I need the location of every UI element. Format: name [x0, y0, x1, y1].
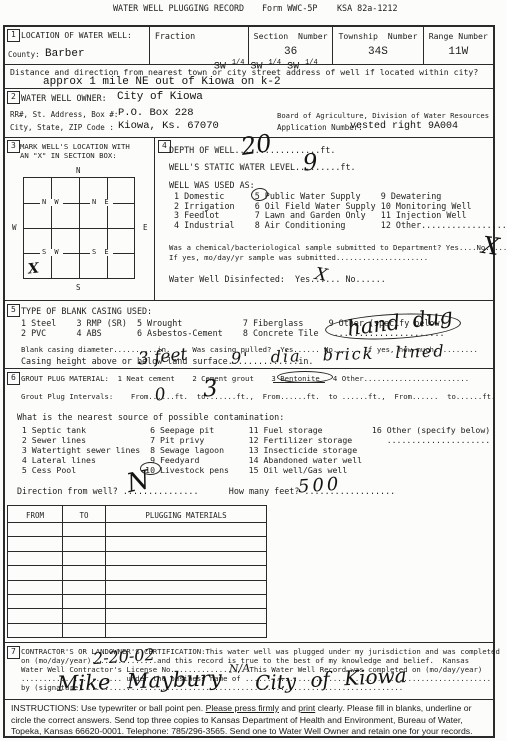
if-yes-sample-line: If yes, mo/day/yr sample was submitted..…: [169, 254, 428, 261]
used-as-options-row1: 1 Domestic 5 Public Water Supply 9 Dewat…: [169, 192, 441, 200]
form-border: 1 LOCATION OF WATER WELL: County: Barber…: [3, 25, 495, 738]
grid-west-label: W: [12, 224, 17, 232]
handwritten-interval-from: 0: [154, 386, 167, 404]
handwritten-sample-no-x: X: [480, 233, 500, 259]
table-cell-empty: [8, 566, 62, 579]
static-water-level-line: WELL'S STATIC WATER LEVEL.........ft.: [169, 163, 356, 171]
section3-number-box: 3: [7, 140, 20, 153]
section-number-value: 36: [249, 46, 332, 58]
county-value: Barber: [45, 48, 85, 60]
table-col-materials: PLUGGING MATERIALS: [105, 506, 266, 522]
table-cell-empty: [105, 624, 266, 638]
handwritten-interval-to: 3: [202, 377, 219, 401]
handwritten-static-level-value: 9: [302, 151, 319, 175]
table-col-to: TO: [62, 506, 105, 522]
table-cell-empty: [62, 581, 105, 594]
city-state-zip-value: Kiowa, Ks. 67070: [118, 120, 219, 132]
section5-casing: 5 TYPE OF BLANK CASING USED: 1 Steel 3 R…: [5, 300, 493, 368]
section5-title: TYPE OF BLANK CASING USED:: [21, 307, 152, 315]
section3-title-line1: MARK WELL'S LOCATION WITH: [20, 143, 130, 150]
page-header: WATER WELL PLUGGING RECORD Form WWC-5P K…: [0, 4, 507, 18]
grid-x-mark: X: [27, 261, 39, 276]
distance-question: Distance and direction from nearest town…: [10, 68, 478, 76]
table-cell-empty: [105, 552, 266, 565]
grout-intervals-line: Grout Plug Intervals: From......ft. to..…: [21, 393, 495, 400]
table-cell-empty: [62, 523, 105, 536]
agency-label: Board of Agriculture, Division of Water …: [277, 112, 489, 119]
plugging-materials-table: FROM TO PLUGGING MATERIALS: [7, 505, 267, 638]
table-cell-empty: [8, 537, 62, 550]
section1-number-box: 1: [7, 29, 20, 42]
table-cell-empty: [105, 537, 266, 550]
owner-label: WATER WELL OWNER:: [21, 94, 107, 102]
address-value: P.O. Box 228: [118, 107, 194, 119]
water-well-plugging-record-form: WATER WELL PLUGGING RECORD Form WWC-5P K…: [0, 0, 507, 741]
table-cell-empty: [62, 624, 105, 638]
section1-fraction-cell: Fraction SW 1/4 SW 1/4 SW 1/4: [149, 27, 248, 64]
section1-range-cell: Range Number 11W: [423, 27, 493, 64]
township-number-value: 34S: [333, 46, 422, 58]
instructions-part1: INSTRUCTIONS: Use typewriter or ball poi…: [11, 703, 206, 713]
section5-number-box: 5: [7, 304, 20, 317]
handwritten-depth-value: 20: [239, 131, 273, 159]
instructions-part2: and: [279, 703, 298, 713]
section3-4-row: 3 MARK WELL'S LOCATION WITH AN "X" IN SE…: [5, 137, 493, 300]
table-cell-empty: [105, 581, 266, 594]
contamination-row1: 1 Septic tank 6 Seepage pit 11 Fuel stor…: [17, 426, 490, 434]
grid-south-label: S: [76, 284, 81, 292]
section3-title-line2: AN "X" IN SECTION BOX:: [20, 152, 117, 159]
form-title: WATER WELL PLUGGING RECORD: [113, 4, 244, 12]
used-as-options-row4: 4 Industrial 8 Air Conditioning 12 Other…: [169, 221, 507, 229]
instructions-block: INSTRUCTIONS: Use typewriter or ball poi…: [5, 699, 493, 740]
section2-number-box: 2: [7, 91, 20, 104]
used-as-options-row2: 2 Irrigation 6 Oil Field Water Supply 10…: [169, 202, 472, 210]
city-state-zip-label: City, State, ZIP Code :: [10, 124, 114, 132]
table-row: [8, 566, 266, 580]
table-row: [8, 595, 266, 609]
address-label: RR#, St. Address, Box #:: [10, 111, 118, 119]
table-cell-empty: [8, 581, 62, 594]
table-col-from: FROM: [8, 506, 62, 522]
contamination-row5: 5 Cess Pool 10 Livestock pens 15 Oil wel…: [17, 466, 347, 474]
handwritten-feet-500: 500: [297, 476, 342, 497]
table-cell-empty: [62, 537, 105, 550]
table-cell-empty: [62, 595, 105, 608]
township-number-label: Township Number: [333, 31, 422, 41]
range-number-value: 11W: [424, 46, 493, 58]
handwritten-direction-n: N: [125, 467, 153, 497]
grid-sw-label: S W: [40, 249, 63, 256]
section4-well-details: 4 DEPTH OF WELL.................ft. 20 W…: [155, 138, 497, 300]
table-cell-empty: [62, 552, 105, 565]
table-row: [8, 581, 266, 595]
section1-location: 1 LOCATION OF WATER WELL: County: Barber…: [5, 27, 493, 64]
sample-submitted-line: Was a chemical/bacteriological sample su…: [169, 244, 507, 251]
section2-owner: 2 WATER WELL OWNER: City of Kiowa RR#, S…: [5, 88, 493, 137]
section1-title: LOCATION OF WATER WELL:: [21, 32, 132, 40]
underline-bentonite: [273, 382, 325, 383]
table-cell-empty: [105, 595, 266, 608]
table-cell-empty: [8, 552, 62, 565]
disinfected-line: Water Well Disinfected: Yes...... No....…: [169, 275, 386, 283]
section7-certification: 7 CONTRACTOR'S OR LANDOWNER'S CERTIFICAT…: [5, 642, 493, 699]
plugging-table-body: [8, 523, 266, 638]
contamination-row3: 3 Watertight sewer lines 8 Sewage lagoon…: [17, 446, 357, 454]
table-row: [8, 537, 266, 551]
section1-distance-row: Distance and direction from nearest town…: [5, 64, 493, 88]
section7-number-box: 7: [7, 646, 20, 659]
application-number-value: vested right 9A004: [350, 121, 458, 132]
table-row: [8, 552, 266, 566]
grid-east-label: E: [143, 224, 148, 232]
section6-number-box: 6: [7, 372, 20, 385]
grout-material-line: GROUT PLUG MATERIAL: 1 Neat cement 2 Cem…: [21, 375, 469, 382]
table-row: [8, 523, 266, 537]
statute-number: KSA 82a-1212: [337, 4, 398, 12]
grid-se-label: S E: [90, 249, 113, 256]
contamination-row2: 2 Sewer lines 7 Pit privy 12 Fertilizer …: [17, 436, 490, 444]
section-number-label: Section Number: [249, 31, 332, 41]
table-cell-empty: [105, 566, 266, 579]
fraction-label: Fraction: [155, 32, 195, 40]
section-grid: N W N E S W S E X: [23, 177, 135, 279]
owner-value: City of Kiowa: [117, 91, 203, 103]
plugging-table-header: FROM TO PLUGGING MATERIALS: [8, 506, 266, 523]
table-cell-empty: [8, 624, 62, 638]
table-cell-empty: [62, 609, 105, 622]
instructions-underlined1: Please press firmly: [206, 703, 279, 713]
grid-ne-label: N E: [90, 199, 113, 206]
table-cell-empty: [8, 609, 62, 622]
used-as-options-row3: 3 Feedlot 7 Lawn and Garden Only 11 Inje…: [169, 211, 467, 219]
table-cell-empty: [105, 609, 266, 622]
table-row: [8, 609, 266, 623]
handwritten-completed-date: 2-20-02: [93, 647, 156, 667]
table-cell-empty: [105, 523, 266, 536]
table-row: [8, 624, 266, 638]
handwritten-brick-lined-note: 9' dia brick lined: [231, 343, 446, 366]
distance-answer: approx 1 mile NE out of Kiowa on k-2: [43, 76, 281, 88]
grid-hline: [24, 228, 134, 229]
contamination-question: What is the nearest source of possible c…: [17, 413, 284, 421]
section3-location-box: 3 MARK WELL'S LOCATION WITH AN "X" IN SE…: [5, 138, 155, 300]
instructions-underlined2: print: [298, 703, 315, 713]
county-label: County:: [8, 51, 40, 59]
section6-grout: 6 GROUT PLUG MATERIAL: 1 Neat cement 2 C…: [5, 368, 493, 642]
grid-nw-label: N W: [40, 199, 63, 206]
well-used-as-label: WELL WAS USED AS:: [169, 181, 255, 189]
section1-township-cell: Township Number 34S: [332, 27, 422, 64]
section1-county-cell: 1 LOCATION OF WATER WELL: County: Barber: [5, 27, 149, 64]
table-cell-empty: [8, 523, 62, 536]
range-number-label: Range Number: [424, 31, 493, 41]
handwritten-signature: Mike Maybury: [57, 668, 222, 695]
table-cell-empty: [62, 566, 105, 579]
section1-section-cell: Section Number 36: [248, 27, 332, 64]
table-cell-empty: [8, 595, 62, 608]
grid-north-label: N: [76, 167, 81, 175]
contamination-row4: 4 Lateral lines 9 Feedyard 14 Abandoned …: [17, 456, 362, 464]
form-number: Form WWC-5P: [262, 4, 317, 12]
handwritten-license-na: N/A: [229, 662, 251, 674]
